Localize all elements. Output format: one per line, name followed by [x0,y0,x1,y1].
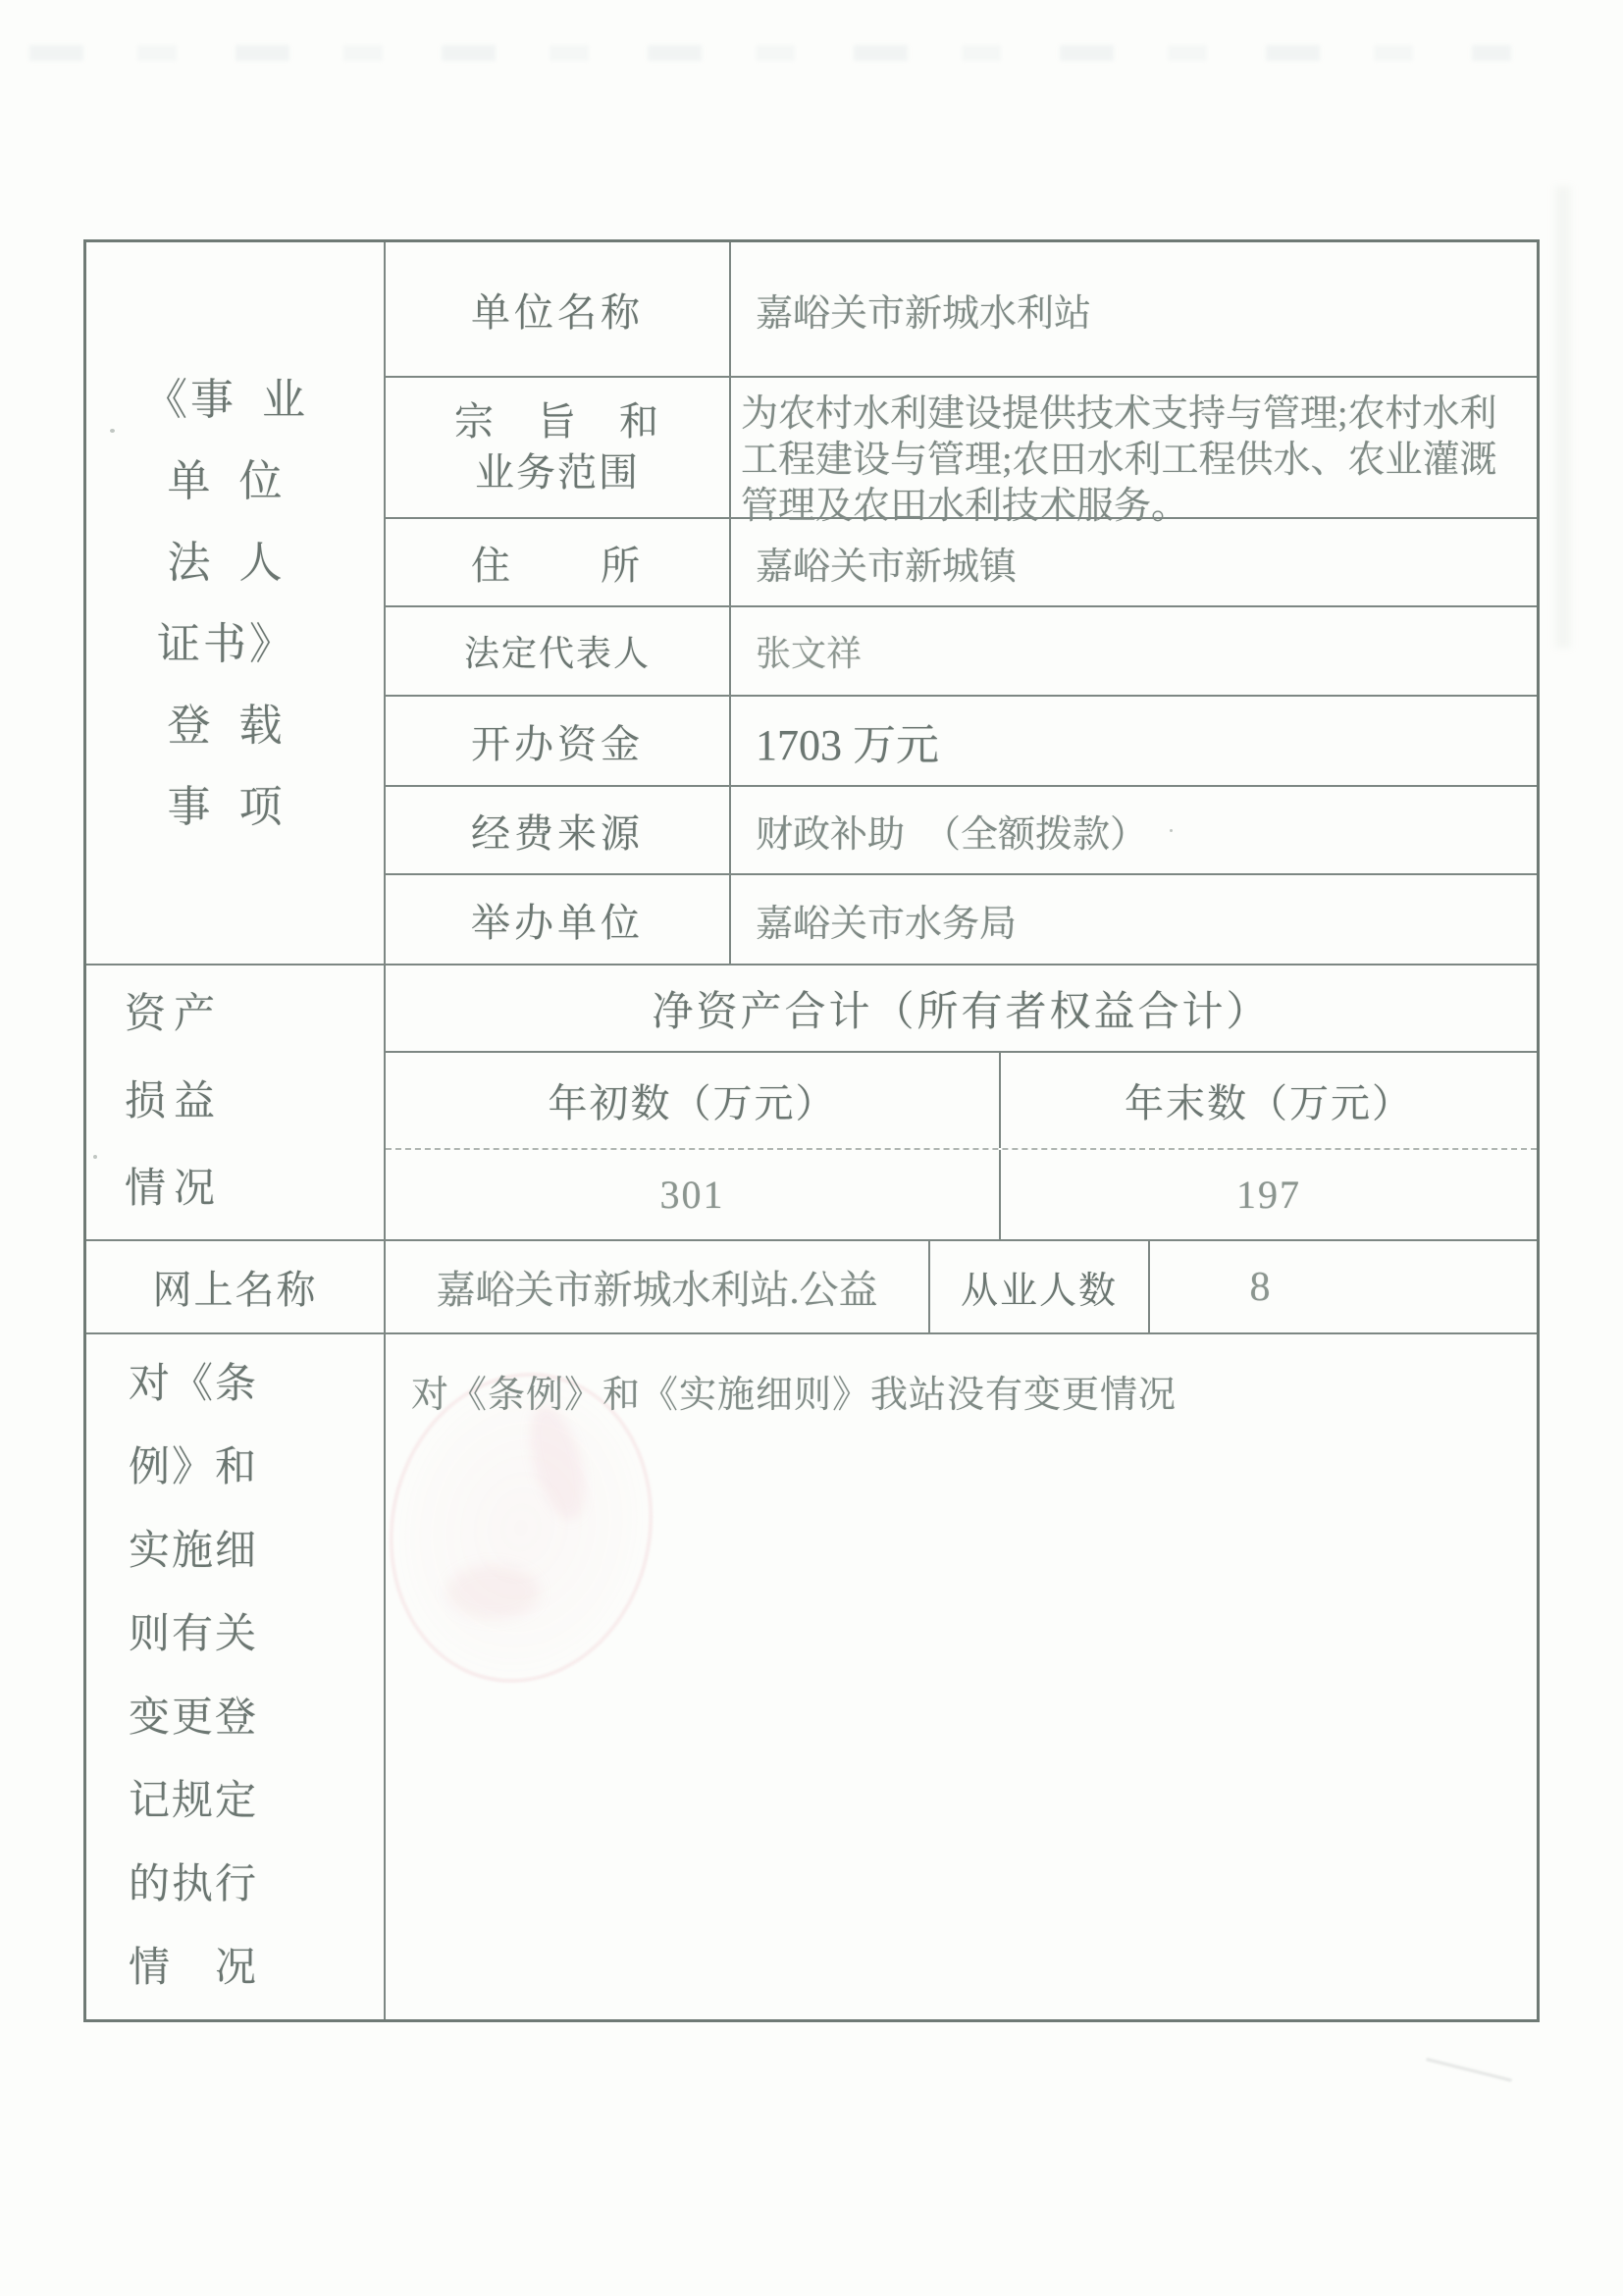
year-end-value: 197 [1001,1150,1537,1239]
unit-name-value: 嘉峪关市新城水利站 [731,242,1537,376]
table-row-unit-name: 单位名称 嘉峪关市新城水利站 [386,242,1537,376]
regulation-section: 对《条 例》和 实施细 则有关 变更登 记规定 的执行 情 况 对《条例》和《实… [86,1332,1537,2019]
regulation-side-label: 对《条 例》和 实施细 则有关 变更登 记规定 的执行 情 况 [86,1334,386,2019]
online-name-label: 网上名称 [86,1241,386,1332]
year-start-value: 301 [386,1150,1001,1239]
year-end-label: 年末数（万元） [1001,1053,1537,1148]
opening-funds-value: 1703 万元 [731,697,1537,785]
table-row-sponsor-unit: 举办单位 嘉峪关市水务局 [386,873,1537,964]
address-label: 住 所 [386,519,731,605]
funding-source-label: 经费来源 [386,787,731,873]
purpose-scope-label: 宗 旨 和 业务范围 [386,378,731,517]
legal-representative-label: 法定代表人 [386,607,731,695]
assets-values-row: 301 197 [386,1148,1537,1239]
address-value: 嘉峪关市新城镇 [731,519,1537,605]
staff-count-number: 8 [1250,1264,1271,1311]
year-start-label: 年初数（万元） [386,1053,1001,1148]
legal-representative-value: 张文祥 [731,607,1537,695]
certificate-items-section: 《事 业 单 位 法 人 证书》 登 载 事 项 单位名称 嘉峪关市新城水利站 … [86,242,1537,964]
staff-count-value: 8 [1150,1241,1537,1332]
assets-section: 资产 损益 情况 净资产合计（所有者权益合计） 年初数（万元） 年末数（万元） … [86,964,1537,1239]
scan-speck [1426,2058,1512,2082]
annual-report-table: 《事 业 单 位 法 人 证书》 登 载 事 项 单位名称 嘉峪关市新城水利站 … [83,239,1540,2022]
net-assets-header: 净资产合计（所有者权益合计） [386,965,1537,1051]
assets-subheader-row: 年初数（万元） 年末数（万元） [386,1051,1537,1148]
sponsor-unit-label: 举办单位 [386,875,731,964]
sponsor-unit-value: 嘉峪关市水务局 [731,875,1537,964]
online-name-value: 嘉峪关市新城水利站.公益 [386,1241,930,1332]
table-row-funding-source: 经费来源 财政补助 （全额拨款） [386,785,1537,873]
staff-count-label: 从业人数 [930,1241,1150,1332]
funding-source-value: 财政补助 （全额拨款） [731,787,1537,873]
assets-side-label: 资产 损益 情况 [86,965,386,1239]
assets-rows: 净资产合计（所有者权益合计） 年初数（万元） 年末数（万元） 301 197 [386,965,1537,1239]
table-row-opening-funds: 开办资金 1703 万元 [386,695,1537,785]
scan-smudge-top [29,45,1511,61]
scan-smudge-right [1555,186,1571,648]
online-name-row: 网上名称 嘉峪关市新城水利站.公益 从业人数 8 [86,1239,1537,1332]
certificate-items-rows: 单位名称 嘉峪关市新城水利站 宗 旨 和 业务范围 为农村水利建设提供技术支持与… [386,242,1537,964]
table-row-purpose-scope: 宗 旨 和 业务范围 为农村水利建设提供技术支持与管理;农村水利 工程建设与管理… [386,376,1537,517]
purpose-scope-value: 为农村水利建设提供技术支持与管理;农村水利 工程建设与管理;农田水利工程供水、农… [731,378,1537,517]
table-row-address: 住 所 嘉峪关市新城镇 [386,517,1537,605]
unit-name-label: 单位名称 [386,242,731,376]
certificate-items-side-label: 《事 业 单 位 法 人 证书》 登 载 事 项 [86,242,386,964]
regulation-content: 对《条例》和《实施细则》我站没有变更情况 [386,1334,1537,2019]
table-row-legal-representative: 法定代表人 张文祥 [386,605,1537,695]
scanned-document-page: 《事 业 单 位 法 人 证书》 登 载 事 项 单位名称 嘉峪关市新城水利站 … [0,0,1623,2296]
opening-funds-label: 开办资金 [386,697,731,785]
